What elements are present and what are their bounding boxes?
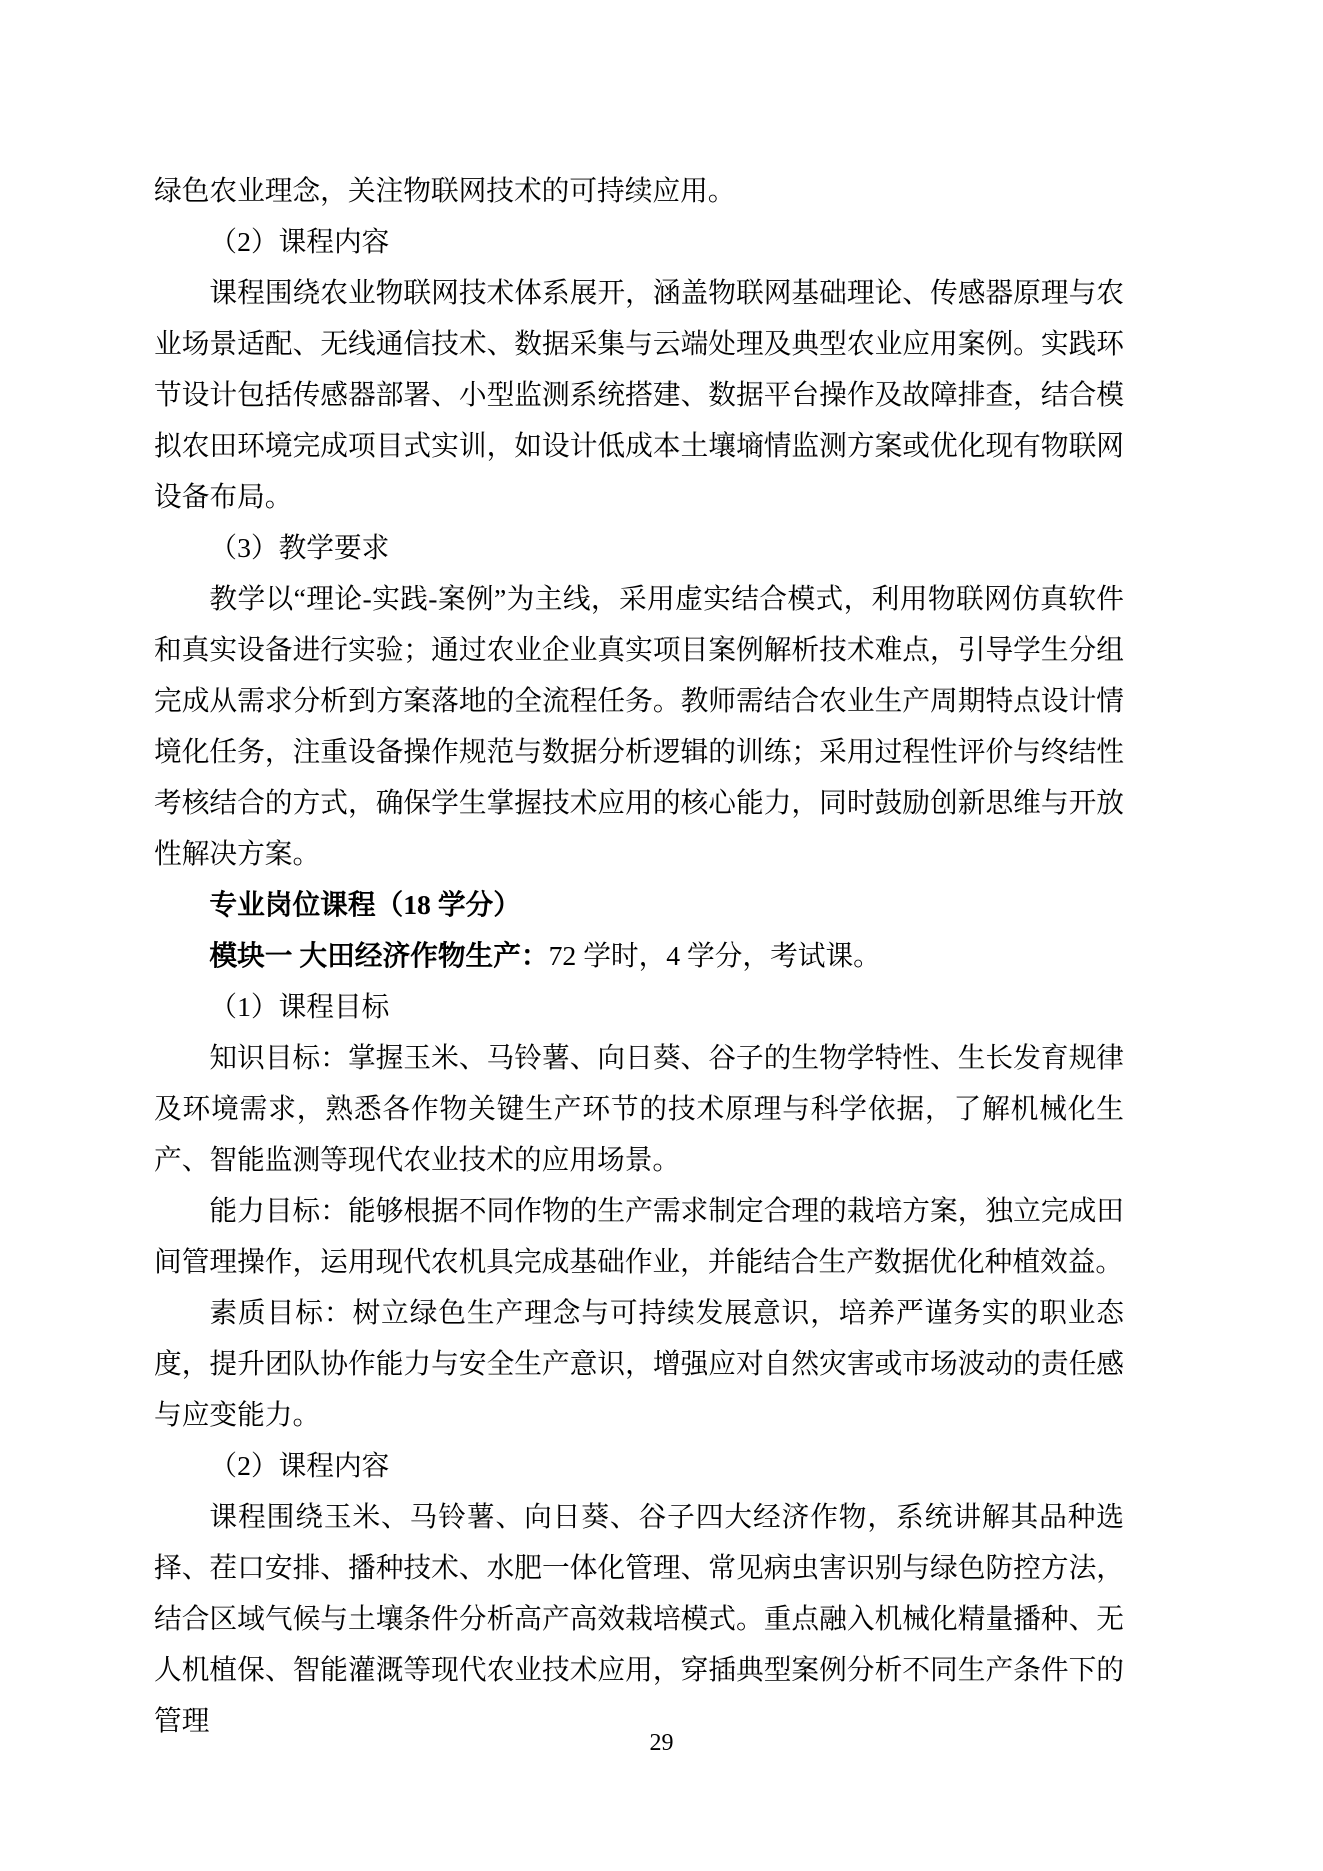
paragraph-list-heading: （2）课程内容: [154, 1440, 1124, 1491]
text-run: 课程围绕玉米、马铃薯、向日葵、谷子四大经济作物，系统讲解其品种选择、茬口安排、播…: [154, 1501, 1124, 1736]
document-body: 绿色农业理念，关注物联网技术的可持续应用。（2）课程内容课程围绕农业物联网技术体…: [154, 165, 1124, 1746]
text-run: 知识目标：掌握玉米、马铃薯、向日葵、谷子的生物学特性、生长发育规律及环境需求，熟…: [154, 1042, 1124, 1175]
text-run: 72 学时，4 学分，考试课。: [549, 940, 881, 971]
text-run: 绿色农业理念，关注物联网技术的可持续应用。: [154, 175, 735, 206]
text-run: 课程围绕农业物联网技术体系展开，涵盖物联网基础理论、传感器原理与农业场景适配、无…: [154, 277, 1124, 512]
paragraph-body: 教学以“理论-实践-案例”为主线，采用虚实结合模式，利用物联网仿真软件和真实设备…: [154, 573, 1124, 879]
paragraph-body: 课程围绕农业物联网技术体系展开，涵盖物联网基础理论、传感器原理与农业场景适配、无…: [154, 267, 1124, 522]
document-page: 绿色农业理念，关注物联网技术的可持续应用。（2）课程内容课程围绕农业物联网技术体…: [0, 0, 1323, 1871]
text-run: 素质目标：树立绿色生产理念与可持续发展意识，培养严谨务实的职业态度，提升团队协作…: [154, 1297, 1124, 1430]
page-number: 29: [650, 1730, 674, 1756]
paragraph-body: 知识目标：掌握玉米、马铃薯、向日葵、谷子的生物学特性、生长发育规律及环境需求，熟…: [154, 1032, 1124, 1185]
text-run: （2）课程内容: [209, 1450, 389, 1481]
paragraph-section-heading: 专业岗位课程（18 学分）: [154, 879, 1124, 930]
text-run: 教学以“理论-实践-案例”为主线，采用虚实结合模式，利用物联网仿真软件和真实设备…: [154, 583, 1124, 869]
bold-text-run: 模块一 大田经济作物生产：: [209, 940, 548, 971]
paragraph-body-continuation: 绿色农业理念，关注物联网技术的可持续应用。: [154, 165, 1124, 216]
paragraph-body: 课程围绕玉米、马铃薯、向日葵、谷子四大经济作物，系统讲解其品种选择、茬口安排、播…: [154, 1491, 1124, 1746]
paragraph-list-heading: （2）课程内容: [154, 216, 1124, 267]
bold-text-run: 专业岗位课程（18 学分）: [209, 889, 521, 920]
paragraph-module-heading: 模块一 大田经济作物生产：72 学时，4 学分，考试课。: [154, 930, 1124, 981]
text-run: （2）课程内容: [209, 226, 389, 257]
paragraph-list-heading: （1）课程目标: [154, 981, 1124, 1032]
text-run: （1）课程目标: [209, 991, 389, 1022]
page-footer: 29: [0, 1728, 1323, 1758]
text-run: （3）教学要求: [209, 532, 389, 563]
paragraph-body: 素质目标：树立绿色生产理念与可持续发展意识，培养严谨务实的职业态度，提升团队协作…: [154, 1287, 1124, 1440]
paragraph-list-heading: （3）教学要求: [154, 522, 1124, 573]
paragraph-body: 能力目标：能够根据不同作物的生产需求制定合理的栽培方案，独立完成田间管理操作，运…: [154, 1185, 1124, 1287]
text-run: 能力目标：能够根据不同作物的生产需求制定合理的栽培方案，独立完成田间管理操作，运…: [154, 1195, 1124, 1277]
